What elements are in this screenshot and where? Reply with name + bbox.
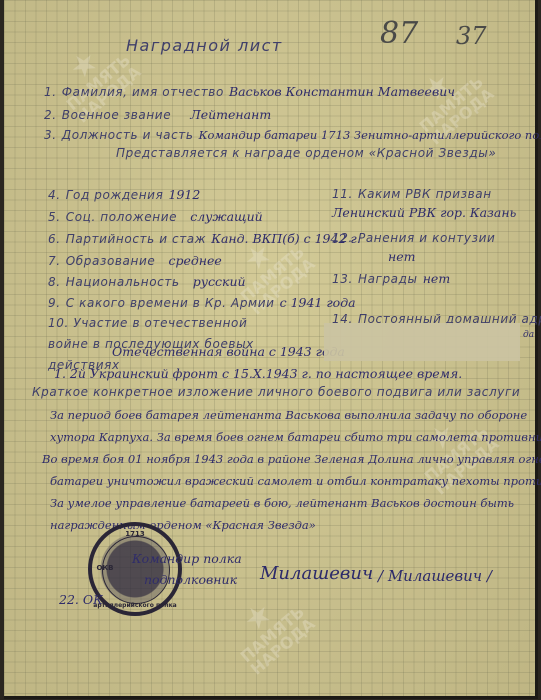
signature-scrawl: Милашевич [260,563,373,584]
feat-line: награжденным орденом «Красная Звезда» [50,518,316,532]
feat-heading: Краткое конкретное изложение личного бое… [32,385,520,399]
field-party: 6. Партийность и стаж Канд. ВКП(б) с 194… [48,228,361,247]
front-line: 1. 2й Украинский фронт с 15.X.1943 г. по… [54,366,462,381]
field-awards: 13. Награды нет [332,268,450,287]
pencil-mark: 37 [456,22,487,50]
field-education: 7. Образование среднее [48,250,222,269]
feat-line: Во время боя 01 ноября 1943 года в район… [42,452,541,466]
recruitment-office-value: Ленинский РВК гор. Казань [332,205,516,220]
field-social-status: 5. Соц. положение служащий [48,206,263,225]
address-fragment: да [523,330,534,340]
field-army-since: 9. С какого времени в Кр. Армии с 1941 г… [48,292,356,311]
field-wounds: 12. Ранения и контузии [332,227,495,246]
field-recruitment-office: 11. Каким РВК призван [332,183,492,202]
field-position: 3. Должность и часть Командир батареи 17… [44,124,541,143]
pencil-mark: 87 [380,16,418,51]
field-rank: 2. Военное звание Лейтенант [44,104,271,123]
position-value: Командир батареи 1713 Зенитно-артиллерий… [199,128,541,142]
wounds-value: нет [388,249,415,264]
war-participation-value: Отечественная война с 1943 года [112,344,345,359]
field-birth-year: 4. Год рождения 1912 [48,184,200,203]
nomination: Представляется к награде орденом «Красно… [116,146,496,160]
field-full-name: 1. Фамилия, имя отчество Васьков Констан… [44,81,455,100]
feat-line: За умелое управление батареей в бою, лей… [50,496,514,510]
page-title: Наградной лист [126,36,283,55]
feat-line: батареи уничтожил вражеский самолет и от… [50,474,541,488]
full-name-value: Васьков Константин Матвеевич [229,84,455,99]
feat-line: хутора Карпуха. За время боев огнем бата… [50,430,541,444]
award-sheet: ★ ПАМЯТЬ НАРОДА ★ ПАМЯТЬ НАРОДА ★ ПАМЯТЬ… [4,0,538,699]
feat-line: За период боев батарея лейтенанта Васько… [50,408,527,422]
signature-date: 22. ОК [59,592,103,607]
signer-rank: подполковник [144,572,237,587]
rank-value: Лейтенант [190,107,271,122]
redacted-address [324,323,520,361]
watermark: ★ ПАМЯТЬ НАРОДА [220,582,318,678]
signer-name: / Милашевич / [378,567,492,585]
field-nationality: 8. Национальность русский [48,271,246,290]
signer-title: Командир полка [132,551,242,566]
